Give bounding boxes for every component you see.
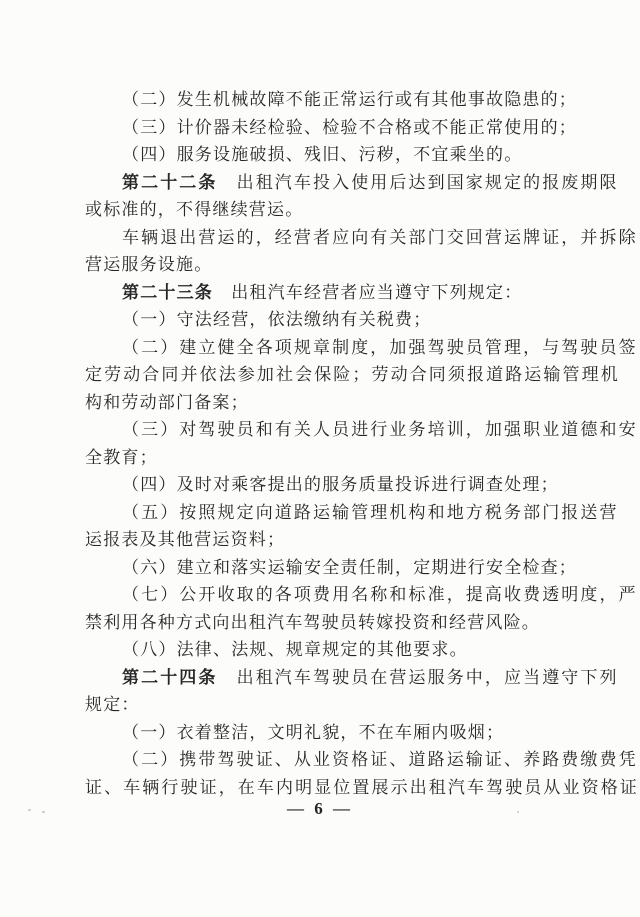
body-text: （二）携带驾驶证、从业资格证、道路运输证、养路费缴费凭 <box>122 750 638 769</box>
article-number: 第二十三条 <box>122 283 213 302</box>
text-line: 第二十四条 出租汽车驾驶员在营运服务中，应当遵守下列 <box>85 664 559 692</box>
text-line: （六）建立和落实运输安全责任制，定期进行安全检查； <box>85 554 559 582</box>
document-body: （二）发生机械故障不能正常运行或有其他事故隐患的；（三）计价器未经检验、检验不合… <box>85 86 559 801</box>
body-text: （三）计价器未经检验、检验不合格或不能正常使用的； <box>122 118 577 137</box>
text-line: 或标准的，不得继续营运。 <box>85 196 559 224</box>
body-text: （四）及时对乘客提出的服务质量投诉进行调查处理； <box>122 475 559 494</box>
text-line: （五）按照规定向道路运输管理机构和地方税务部门报送营 <box>85 499 559 527</box>
text-line: （一）衣着整洁，文明礼貌，不在车厢内吸烟； <box>85 719 559 747</box>
body-text: （六）建立和落实运输安全责任制，定期进行安全检查； <box>122 558 577 577</box>
text-line: （三）对驾驶员和有关人员进行业务培训，加强职业道德和安 <box>85 416 559 444</box>
body-text: 营运服务设施。 <box>85 255 212 274</box>
text-line: （二）发生机械故障不能正常运行或有其他事故隐患的； <box>85 86 559 114</box>
scan-noise-speck <box>517 811 519 813</box>
text-line: 运报表及其他营运资料； <box>85 526 559 554</box>
page-number: — 6 — <box>0 796 640 822</box>
text-line: 车辆退出营运的，经营者应向有关部门交回营运牌证，并拆除 <box>85 224 559 252</box>
scan-noise-speck <box>28 809 31 811</box>
body-text: （四）服务设施破损、残旧、污秽，不宜乘坐的。 <box>122 145 522 164</box>
body-text: （五）按照规定向道路运输管理机构和地方税务部门报送营 <box>122 503 619 522</box>
body-text: 出租汽车投入使用后达到国家规定的报废期限 <box>218 173 619 192</box>
text-line: 定劳动合同并依法参加社会保险；劳动合同须报道路运输管理机 <box>85 361 559 389</box>
article-number: 第二十四条 <box>122 668 218 687</box>
document-page: （二）发生机械故障不能正常运行或有其他事故隐患的；（三）计价器未经检验、检验不合… <box>0 0 640 917</box>
body-text: （一）衣着整洁，文明礼貌，不在车厢内吸烟； <box>122 723 504 742</box>
text-line: （一）守法经营，依法缴纳有关税费； <box>85 306 559 334</box>
body-text: 规定： <box>85 695 140 714</box>
body-text: 构和劳动部门备案； <box>85 393 249 412</box>
text-line: 构和劳动部门备案； <box>85 389 559 417</box>
body-text: 证、车辆行驶证，在车内明显位置展示出租汽车驾驶员从业资格证 <box>85 778 639 797</box>
text-line: 规定： <box>85 691 559 719</box>
text-line: （三）计价器未经检验、检验不合格或不能正常使用的； <box>85 114 559 142</box>
body-text: （二）发生机械故障不能正常运行或有其他事故隐患的； <box>122 90 577 109</box>
text-line: （七）公开收取的各项费用名称和标准，提高收费透明度，严 <box>85 581 559 609</box>
body-text: （三）对驾驶员和有关人员进行业务培训，加强职业道德和安 <box>122 420 638 439</box>
body-text: 定劳动合同并依法参加社会保险；劳动合同须报道路运输管理机 <box>85 365 620 384</box>
text-line: （二）携带驾驶证、从业资格证、道路运输证、养路费缴费凭 <box>85 746 559 774</box>
text-line: （二）建立健全各项规章制度，加强驾驶员管理，与驾驶员签 <box>85 334 559 362</box>
text-line: （八）法律、法规、规章规定的其他要求。 <box>85 636 559 664</box>
body-text: 出租汽车经营者应当遵守下列规定： <box>213 283 522 302</box>
text-line: （四）服务设施破损、残旧、污秽，不宜乘坐的。 <box>85 141 559 169</box>
body-text: （七）公开收取的各项费用名称和标准，提高收费透明度，严 <box>122 585 638 604</box>
body-text: 或标准的，不得继续营运。 <box>85 200 303 219</box>
body-text: （二）建立健全各项规章制度，加强驾驶员管理，与驾驶员签 <box>122 338 638 357</box>
body-text: （一）守法经营，依法缴纳有关税费； <box>122 310 431 329</box>
text-line: 禁利用各种方式向出租汽车驾驶员转嫁投资和经营风险。 <box>85 609 559 637</box>
body-text: （八）法律、法规、规章规定的其他要求。 <box>122 640 468 659</box>
body-text: 运报表及其他营运资料； <box>85 530 285 549</box>
text-line: （四）及时对乘客提出的服务质量投诉进行调查处理； <box>85 471 559 499</box>
text-line: 全教育； <box>85 444 559 472</box>
body-text: 禁利用各种方式向出租汽车驾驶员转嫁投资和经营风险。 <box>85 613 540 632</box>
body-text: 全教育； <box>85 448 158 467</box>
text-line: 营运服务设施。 <box>85 251 559 279</box>
body-text: 车辆退出营运的，经营者应向有关部门交回营运牌证，并拆除 <box>122 228 638 247</box>
text-line: 第二十二条 出租汽车投入使用后达到国家规定的报废期限 <box>85 169 559 197</box>
scan-noise-speck <box>42 811 45 813</box>
body-text: 出租汽车驾驶员在营运服务中，应当遵守下列 <box>218 668 619 687</box>
text-line: 第二十三条 出租汽车经营者应当遵守下列规定： <box>85 279 559 307</box>
article-number: 第二十二条 <box>122 173 218 192</box>
